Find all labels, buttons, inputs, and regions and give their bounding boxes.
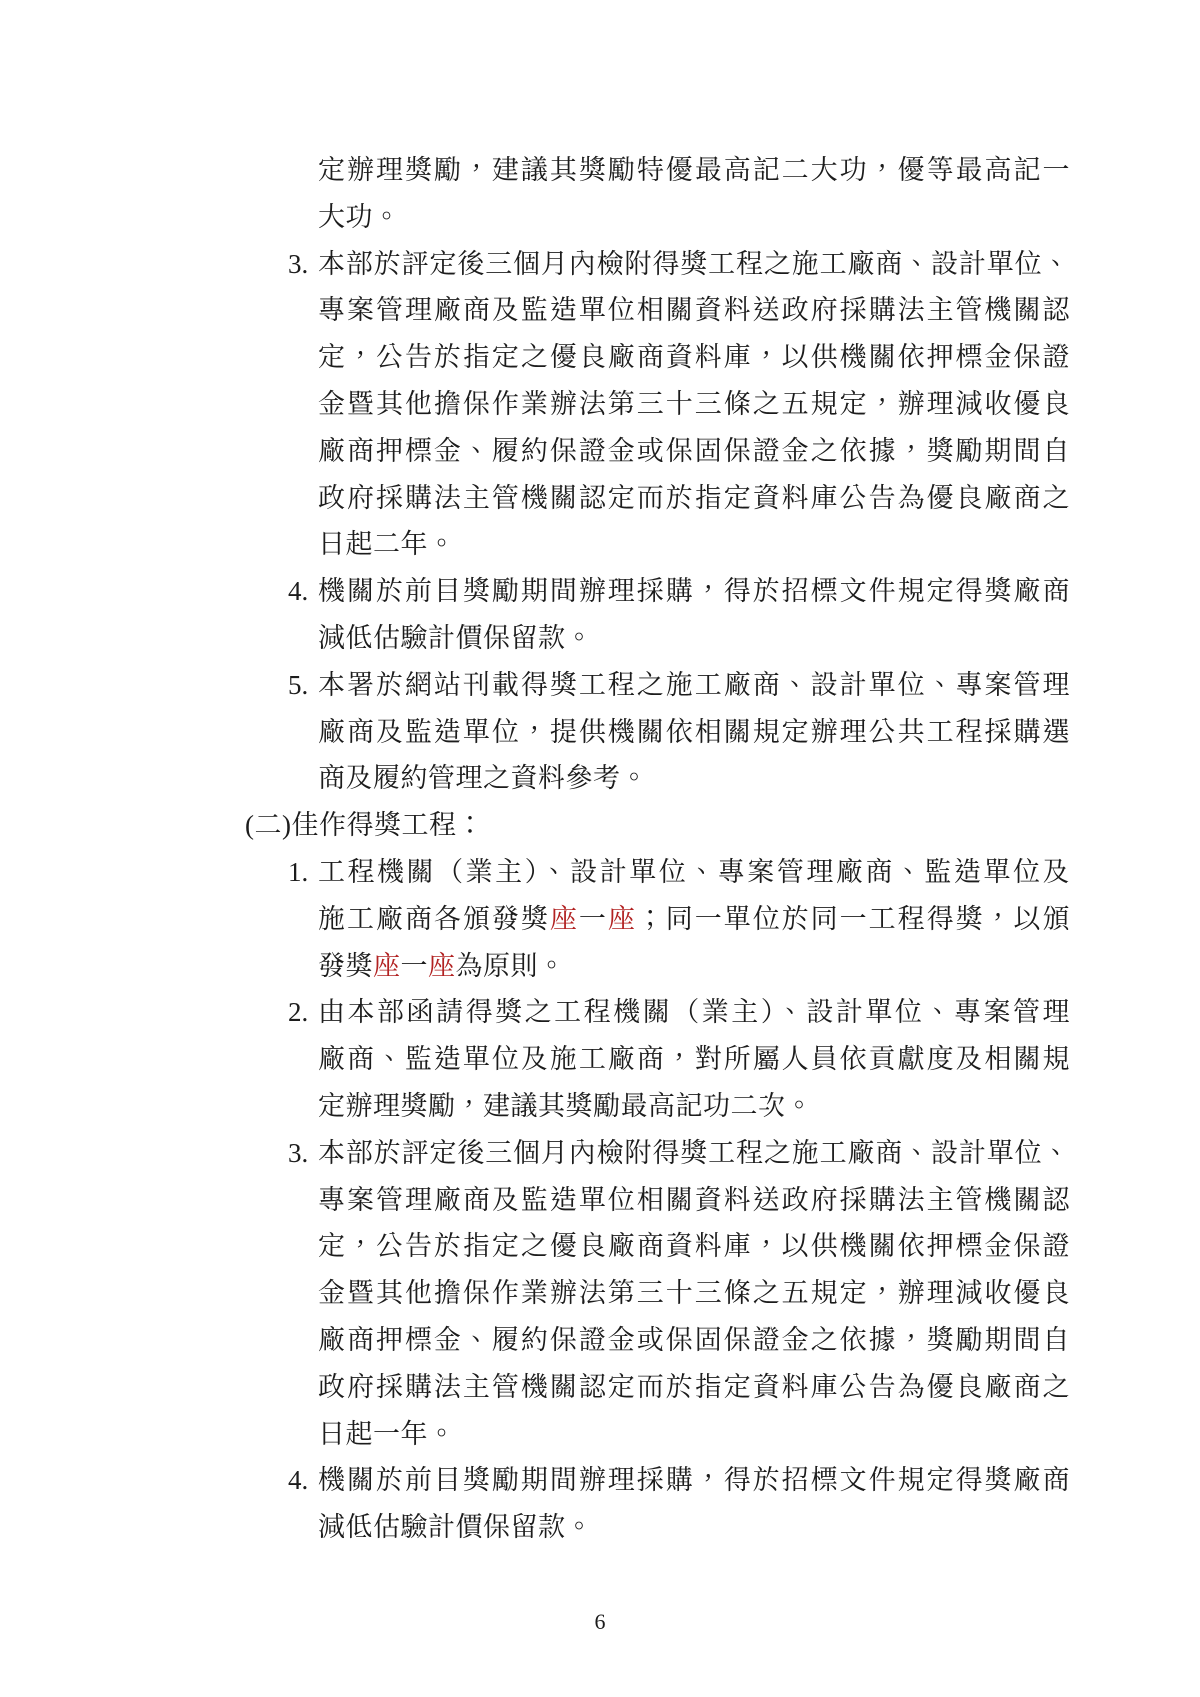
text-line: 本部於評定後三個月內檢附得獎工程之施工廠商、設計單位、 — [318, 1130, 1070, 1177]
text-line: 專案管理廠商及監造單位相關資料送政府採購法主管機關認 — [318, 287, 1070, 334]
highlighted-text: 座 — [373, 951, 401, 981]
text-line: 定辦理獎勵，建議其獎勵特優最高記二大功，優等最高記一 — [318, 147, 1070, 194]
text-line: 廠商、監造單位及施工廠商，對所屬人員依貢獻度及相關規 — [318, 1036, 1070, 1083]
section-title: 佳作得獎工程： — [291, 810, 484, 840]
list-item-number: 3. — [288, 1130, 308, 1177]
highlighted-text: 座 — [550, 904, 579, 934]
text-line: 機關於前目獎勵期間辦理採購，得於招標文件規定得獎廠商 — [318, 568, 1070, 615]
text-line: 金暨其他擔保作業辦法第三十三條之五規定，辦理減收優良 — [318, 381, 1070, 428]
list-item: 3.本部於評定後三個月內檢附得獎工程之施工廠商、設計單位、專案管理廠商及監造單位… — [0, 241, 1200, 569]
text-line: 減低估驗計價保留款。 — [318, 1504, 1070, 1551]
text-line: 定辦理獎勵，建議其獎勵最高記功二次。 — [318, 1083, 1070, 1130]
text-line: 定，公告於指定之優良廠商資料庫，以供機關依押標金保證 — [318, 1223, 1070, 1270]
text-line: 廠商押標金、履約保證金或保固保證金之依據，獎勵期間自 — [318, 428, 1070, 475]
text-line: 定，公告於指定之優良廠商資料庫，以供機關依押標金保證 — [318, 334, 1070, 381]
highlighted-text: 座 — [608, 904, 637, 934]
list-item: 2.由本部函請得獎之工程機關（業主）、設計單位、專案管理廠商、監造單位及施工廠商… — [0, 989, 1200, 1129]
text-line: 大功。 — [318, 194, 1070, 241]
text-line: 減低估驗計價保留款。 — [318, 615, 1070, 662]
text-line: 由本部函請得獎之工程機關（業主）、設計單位、專案管理 — [318, 989, 1070, 1036]
text-line: 政府採購法主管機關認定而於指定資料庫公告為優良廠商之 — [318, 475, 1070, 522]
text-line: 本部於評定後三個月內檢附得獎工程之施工廠商、設計單位、 — [318, 241, 1070, 288]
text-line: 機關於前目獎勵期間辦理採購，得於招標文件規定得獎廠商 — [318, 1457, 1070, 1504]
list-item: 4.機關於前目獎勵期間辦理採購，得於招標文件規定得獎廠商減低估驗計價保留款。 — [0, 568, 1200, 662]
text-line: 廠商押標金、履約保證金或保固保證金之依據，獎勵期間自 — [318, 1317, 1070, 1364]
text-line: 政府採購法主管機關認定而於指定資料庫公告為優良廠商之 — [318, 1364, 1070, 1411]
list-item-number: 4. — [288, 1457, 308, 1504]
text-line: 日起二年。 — [318, 521, 1070, 568]
text-line: 商及履約管理之資料參考。 — [318, 755, 1070, 802]
text-line: 廠商及監造單位，提供機關依相關規定辦理公共工程採購選 — [318, 709, 1070, 756]
list-item-number: 5. — [288, 662, 308, 709]
section-heading: (二)佳作得獎工程： — [0, 802, 1200, 849]
text-line: 施工廠商各頒發獎座一座；同一單位於同一工程得獎，以頒 — [318, 896, 1070, 943]
text-line: 發獎座一座為原則。 — [318, 943, 1070, 990]
document-page: 定辦理獎勵，建議其獎勵特優最高記二大功，優等最高記一大功。3.本部於評定後三個月… — [0, 0, 1200, 1697]
list-item: 1.工程機關（業主）、設計單位、專案管理廠商、監造單位及施工廠商各頒發獎座一座；… — [0, 849, 1200, 989]
list-item: 3.本部於評定後三個月內檢附得獎工程之施工廠商、設計單位、專案管理廠商及監造單位… — [0, 1130, 1200, 1458]
text-line: 本署於網站刊載得獎工程之施工廠商、設計單位、專案管理 — [318, 662, 1070, 709]
list-item-number: 2. — [288, 989, 308, 1036]
list-item-number: 1. — [288, 849, 308, 896]
document-body: 定辦理獎勵，建議其獎勵特優最高記二大功，優等最高記一大功。3.本部於評定後三個月… — [0, 147, 1200, 1551]
highlighted-text: 座 — [428, 951, 456, 981]
text-line: 日起一年。 — [318, 1411, 1070, 1458]
list-item: 5.本署於網站刊載得獎工程之施工廠商、設計單位、專案管理廠商及監造單位，提供機關… — [0, 662, 1200, 802]
paragraph-continuation: 定辦理獎勵，建議其獎勵特優最高記二大功，優等最高記一大功。 — [0, 147, 1200, 241]
section-heading-line: (二)佳作得獎工程： — [245, 802, 1200, 849]
section-label: (二) — [245, 810, 291, 840]
page-number: 6 — [0, 1599, 1200, 1646]
list-item: 4.機關於前目獎勵期間辦理採購，得於招標文件規定得獎廠商減低估驗計價保留款。 — [0, 1457, 1200, 1551]
text-line: 專案管理廠商及監造單位相關資料送政府採購法主管機關認 — [318, 1177, 1070, 1224]
list-item-number: 4. — [288, 568, 308, 615]
list-item-number: 3. — [288, 241, 308, 288]
text-line: 金暨其他擔保作業辦法第三十三條之五規定，辦理減收優良 — [318, 1270, 1070, 1317]
text-line: 工程機關（業主）、設計單位、專案管理廠商、監造單位及 — [318, 849, 1070, 896]
